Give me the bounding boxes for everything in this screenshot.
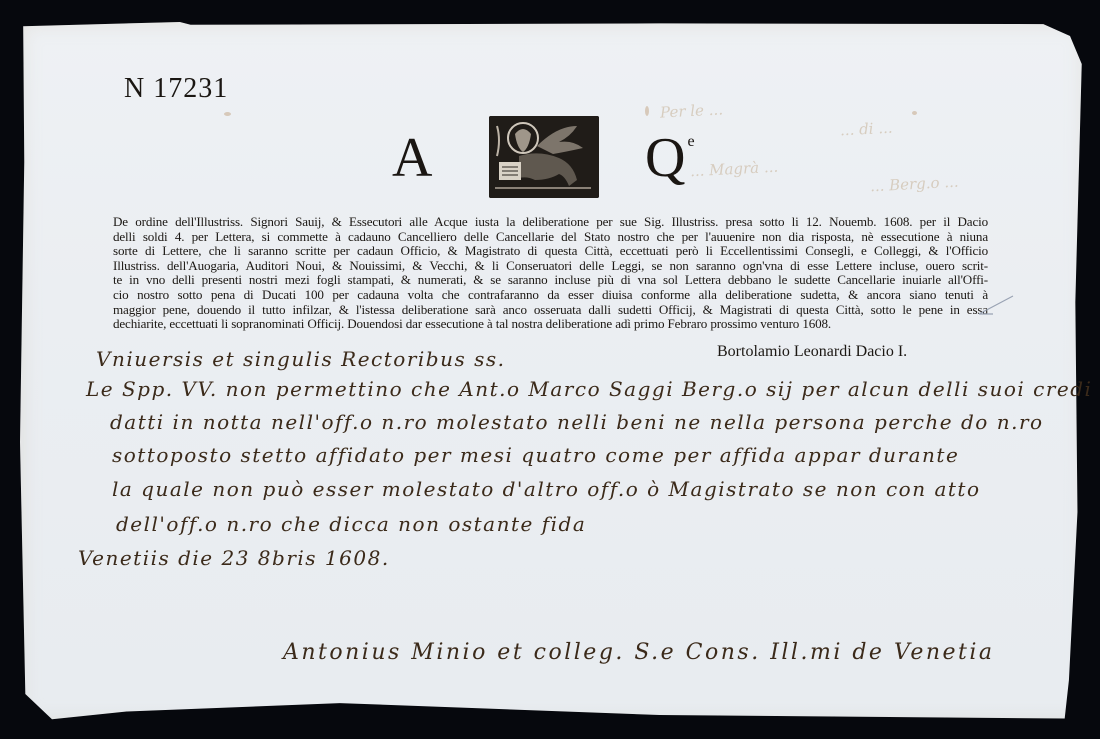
decree-line: maggior pene, douendo il tutto infilzar,… [113, 303, 988, 318]
handwritten-signature: Antonius Minio et colleg. S.e Cons. Ill.… [283, 640, 995, 665]
decree-line: De ordine dell'Illustriss. Signori Sauij… [113, 215, 988, 230]
bleed-through-text: ... di ... [840, 119, 893, 140]
ink-stain [912, 111, 917, 115]
heading-superscript: e [687, 133, 694, 150]
decree-line: te in vno delli presenti nostri mezi fog… [113, 273, 988, 288]
handwritten-line: la quale non può esser molestato d'altro… [112, 477, 981, 501]
ink-stain [645, 106, 649, 116]
printed-signature: Bortolamio Leonardi Dacio I. [717, 343, 907, 361]
decree-line: sorte di Lettere, che li saranno scritte… [113, 244, 988, 259]
decree-line: dechiarite, eccettuati li sopranominati … [113, 317, 988, 332]
decree-line: delli soldi 4. per Lettera, si commette … [113, 230, 988, 245]
decree-line: Illustriss. dell'Auogaria, Auditori Noui… [113, 259, 988, 274]
heading-letter-q-text: Q [645, 127, 685, 189]
handwritten-line: Vniuersis et singulis Rectoribus ss. [96, 347, 505, 371]
document-number: N 17231 [124, 73, 228, 105]
lion-of-saint-mark-icon [489, 116, 599, 198]
handwritten-line: dell'off.o n.ro che dicca non ostante fi… [116, 512, 586, 536]
handwritten-line: datti in notta nell'off.o n.ro molestato… [110, 410, 1044, 434]
pencil-arrow-icon [975, 292, 1015, 322]
bleed-through-text: Per le ... [660, 100, 724, 121]
decree-line: cio nostro sotto pena di Ducati 100 per … [113, 288, 988, 303]
handwritten-line: sottoposto stetto affidato per mesi quat… [112, 443, 959, 467]
ink-stain [224, 112, 231, 116]
handwritten-date: Venetiis die 23 8bris 1608. [78, 546, 390, 570]
handwritten-line: Le Spp. VV. non permettino che Ant.o Mar… [86, 377, 1092, 401]
heading-letter-q: Qe [645, 126, 695, 190]
printed-decree: De ordine dell'Illustriss. Signori Sauij… [113, 215, 988, 332]
heading-letter-a: A [392, 126, 432, 190]
